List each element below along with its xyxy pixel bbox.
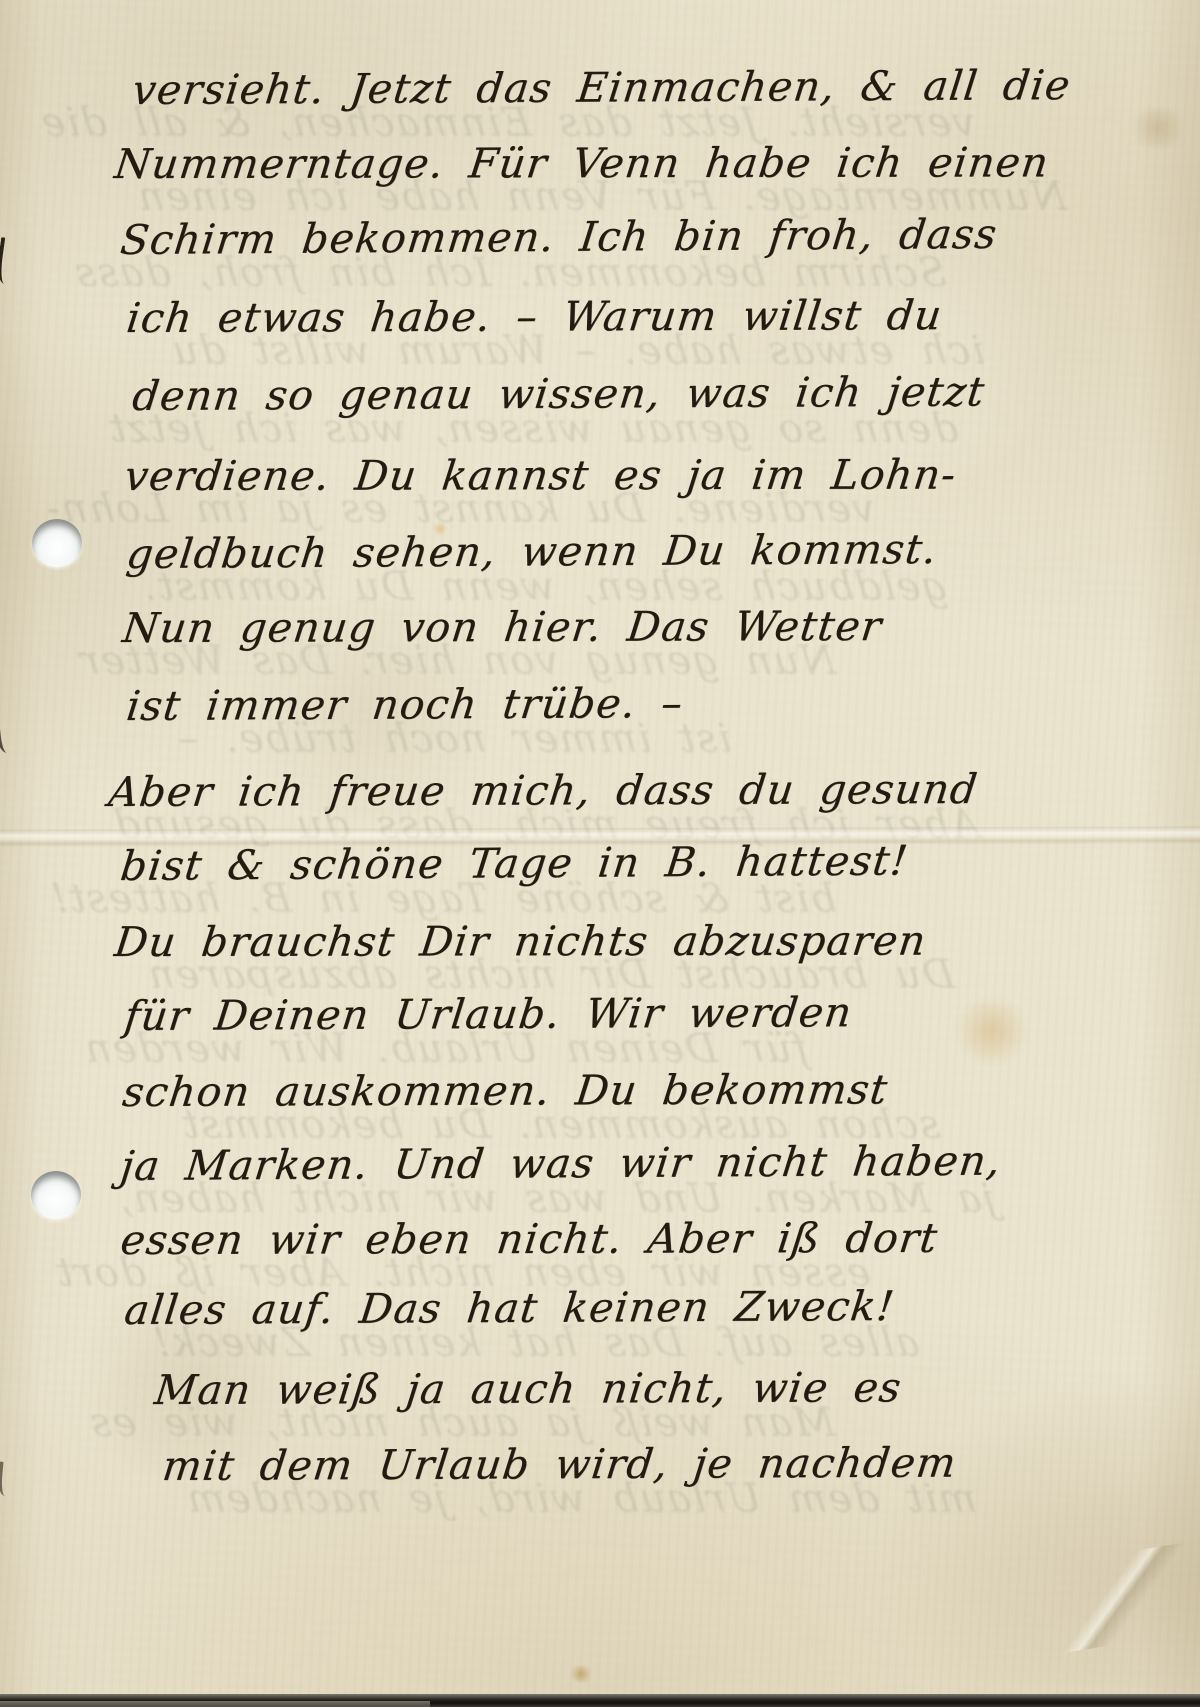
handwritten-line: für Deinen Urlaub. Wir werden [122, 988, 855, 1040]
handwritten-line: geldbuch sehen, wenn Du kommst. [124, 525, 940, 578]
handwritten-line: ist immer noch trübe. – [124, 679, 686, 730]
handwritten-line: ich etwas habe. – Warum willst du [124, 291, 945, 342]
handwritten-line: denn so genau wissen, was ich jetzt [130, 368, 988, 420]
edge-ink-mark [0, 237, 17, 285]
handwritten-line: verdiene. Du kannst es ja im Lohn- [122, 451, 959, 500]
handwritten-line: Nun genug von hier. Das Wetter [120, 602, 885, 652]
handwritten-line: Man weiß ja auch nicht, wie es [152, 1363, 904, 1414]
handwritten-line: alles auf. Das hat keinen Zweck! [122, 1282, 897, 1334]
punch-hole-top [32, 519, 82, 567]
handwritten-line: Nummerntage. Für Venn habe ich einen [112, 138, 1052, 188]
handwritten-line: versieht. Jetzt das Einmachen, & all die [130, 61, 1073, 114]
letter-scan: versieht. Jetzt das Einmachen, & all die… [0, 0, 1200, 1707]
handwritten-line: schon auskommen. Du bekommst [120, 1065, 891, 1116]
edge-ink-mark [0, 722, 13, 753]
paper-stain [568, 1666, 594, 1682]
handwritten-line: Schirm bekommen. Ich bin froh, dass [118, 210, 1000, 264]
handwritten-line: Aber ich freue mich, dass du gesund [106, 765, 981, 816]
scanner-edge-highlight [0, 1701, 430, 1707]
punch-hole-bottom [31, 1171, 81, 1219]
edge-ink-mark [0, 1461, 13, 1496]
handwritten-line: ja Marken. Und was wir nicht haben, [118, 1137, 1004, 1190]
handwritten-line: essen wir eben nicht. Aber iß dort [118, 1214, 941, 1264]
letter-page: versieht. Jetzt das Einmachen, & all die… [0, 0, 1200, 1696]
paper-stain [1128, 108, 1188, 148]
handwritten-line: Du brauchst Dir nichts abzusparen [112, 917, 929, 966]
handwritten-line: mit dem Urlaub wird, je nachdem [160, 1439, 959, 1490]
paper-stain [952, 1000, 1032, 1062]
fold-crease [0, 826, 1200, 847]
corner-crease [1020, 1540, 1200, 1657]
